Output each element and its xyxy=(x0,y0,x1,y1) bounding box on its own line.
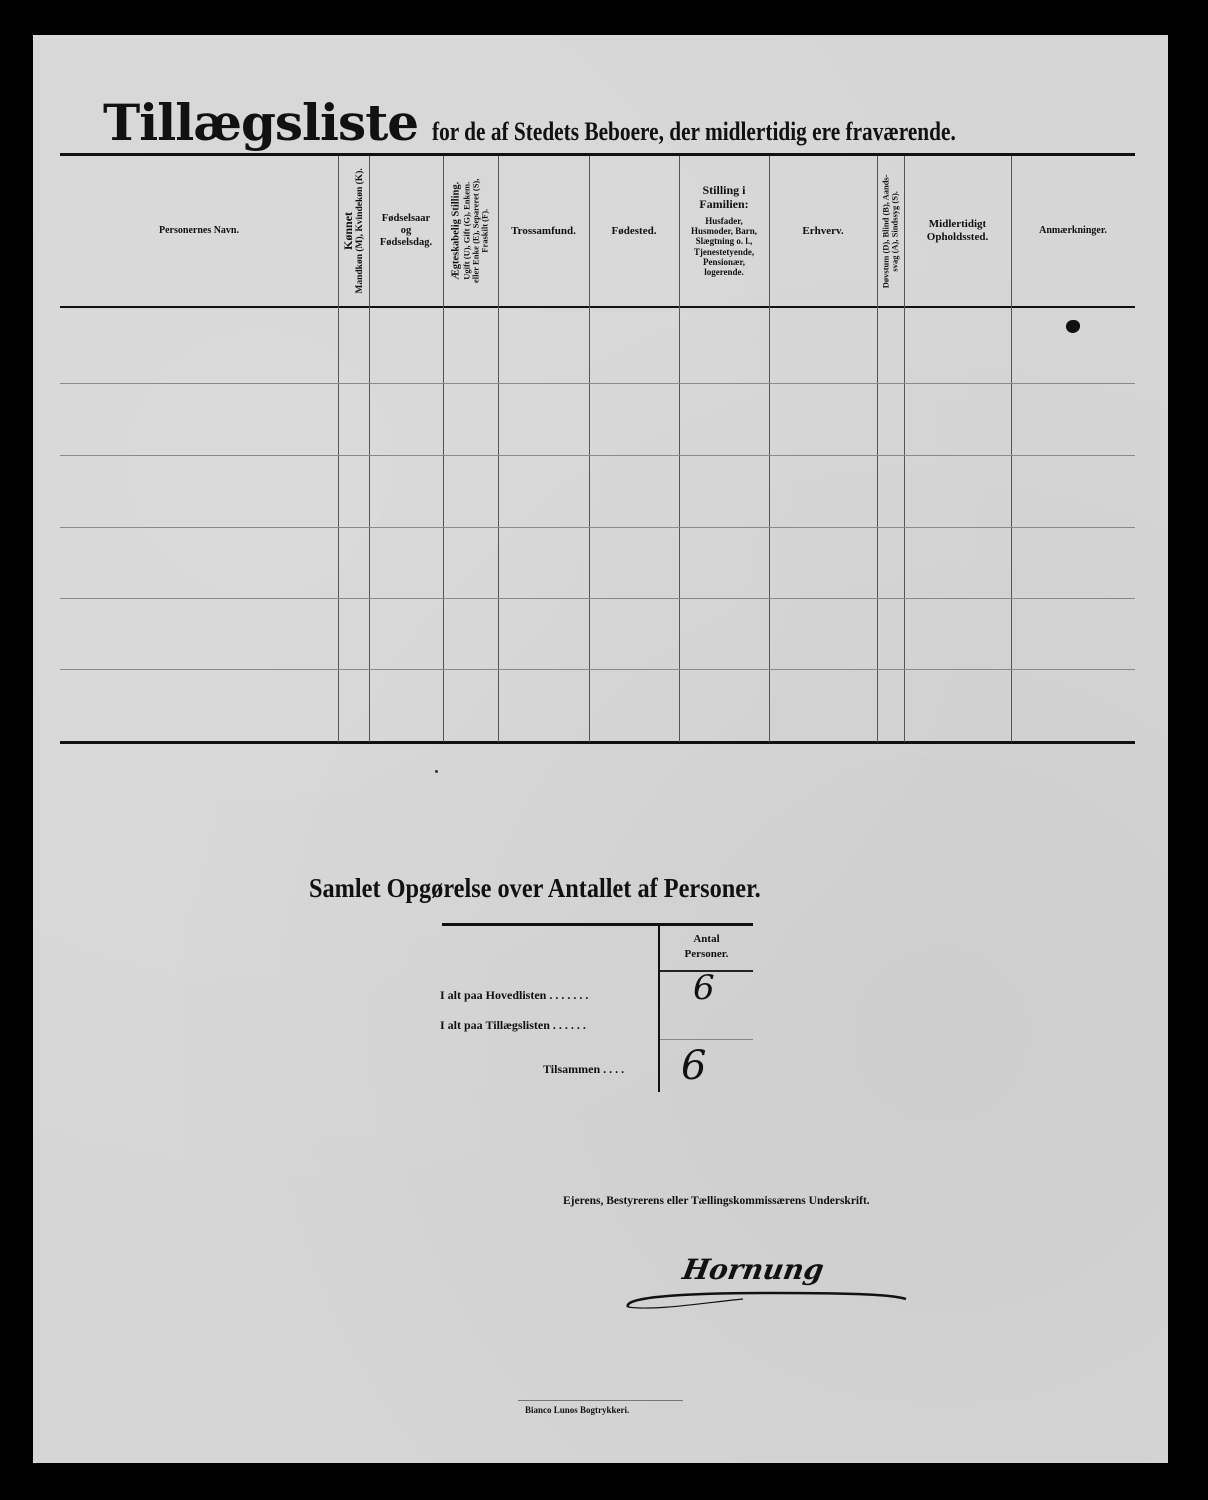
header-sex: KønnetMandkøn (M), Kvindekøn (K). xyxy=(338,156,369,306)
table-row xyxy=(60,527,1135,528)
summary-label-main-list: I alt paa Hovedlisten . . . . . . . xyxy=(440,988,588,1003)
census-form-page: Tillægsliste for de af Stedets Beboere, … xyxy=(33,35,1168,1463)
summary-value-total: 6 xyxy=(681,1043,706,1089)
header-occupation: Erhverv. xyxy=(769,156,877,306)
summary-label-supplement-list: I alt paa Tillægslisten . . . . . . xyxy=(440,1018,586,1033)
form-title: Tillægsliste for de af Stedets Beboere, … xyxy=(103,93,1071,152)
summary-label-total: Tilsammen . . . . xyxy=(543,1062,624,1077)
speck xyxy=(435,770,438,773)
summary-subtotal-rule xyxy=(660,1039,753,1040)
header-religion: Trossamfund. xyxy=(498,156,589,306)
title-subtitle: for de af Stedets Beboere, der midlertid… xyxy=(432,117,956,147)
signature-flourish xyxy=(623,1285,913,1315)
table-row xyxy=(60,455,1135,456)
header-birthplace: Fødested. xyxy=(589,156,679,306)
header-temporary-residence: MidlertidigtOpholdssted. xyxy=(904,156,1011,306)
title-main: Tillægsliste xyxy=(103,93,418,152)
summary-title: Samlet Opgørelse over Antallet af Person… xyxy=(309,873,761,904)
signature-caption: Ejerens, Bestyrerens eller Tællingskommi… xyxy=(563,1195,870,1207)
header-family-position: Stilling i Familien: Husfader, Husmoder,… xyxy=(679,156,769,306)
signature-handwritten: Hornung xyxy=(680,1253,826,1286)
printer-imprint: Bianco Lunos Bogtrykkeri. xyxy=(525,1405,629,1415)
ink-blot xyxy=(1066,320,1080,333)
header-disability: Døvstum (D), Blind (B), Aands-svag (A), … xyxy=(877,156,904,306)
table-row xyxy=(60,598,1135,599)
table-bottom-rule xyxy=(60,741,1135,744)
summary-top-rule xyxy=(442,923,753,926)
table-row xyxy=(60,383,1135,384)
header-birth: FødselsaarogFødselsdag. xyxy=(369,156,443,306)
header-marital-status: Ægteskabelig Stilling.Ugift (U), Gift (G… xyxy=(443,156,498,306)
header-bottom-rule xyxy=(60,306,1135,308)
summary-value-main-list: 6 xyxy=(693,968,715,1008)
printer-rule xyxy=(518,1400,683,1401)
header-remarks: Anmærkninger. xyxy=(1011,156,1135,306)
table-row xyxy=(60,669,1135,670)
header-names: Personernes Navn. xyxy=(60,156,338,306)
summary-column-header: AntalPersoner. xyxy=(660,932,753,962)
title-emphasis: fraværende. xyxy=(846,117,956,146)
